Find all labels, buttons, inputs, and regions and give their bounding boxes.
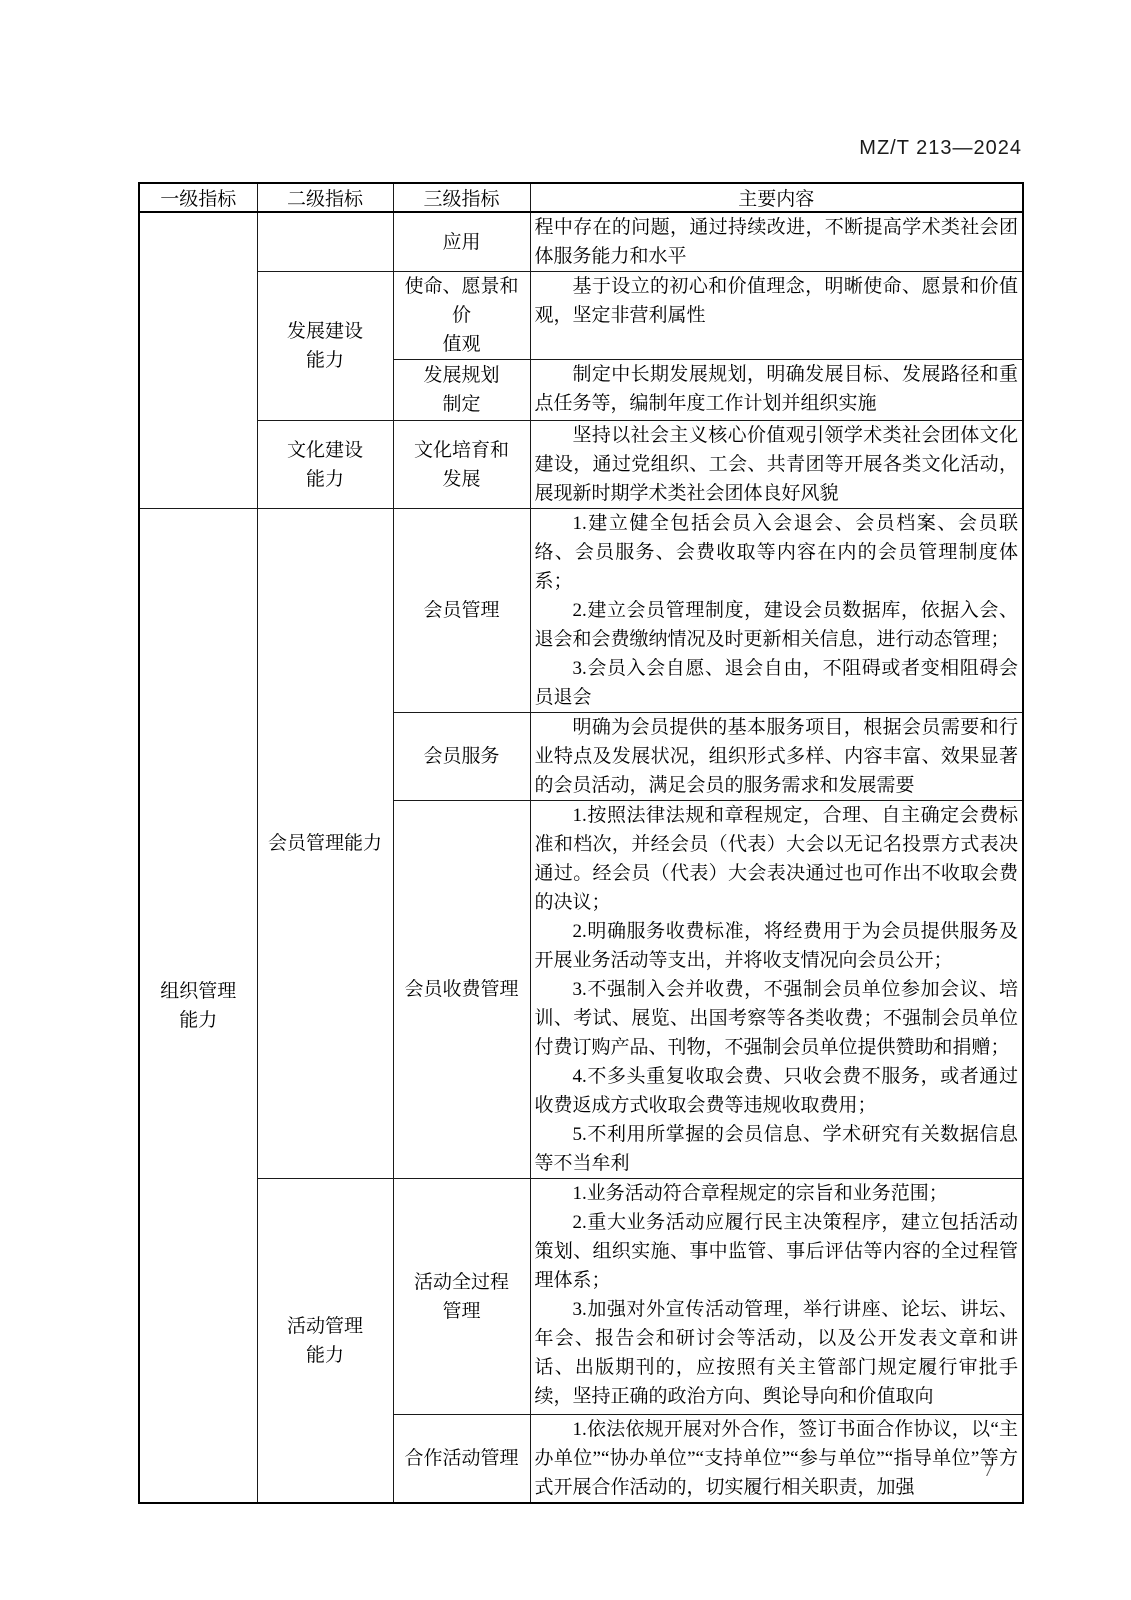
cell-level2: 活动管理 能力 [257, 1179, 393, 1504]
cell-content: 明确为会员提供的基本服务项目，根据会员需要和行业特点及发展状况，组织形式多样、内… [530, 713, 1023, 801]
cell-level3: 会员收费管理 [393, 801, 530, 1179]
cell-level3: 文化培育和 发展 [393, 421, 530, 509]
paragraph: 2.重大业务活动应履行民主决策程序，建立包括活动策划、组织实施、事中监管、事后评… [535, 1208, 1019, 1295]
cell-level3: 合作活动管理 [393, 1415, 530, 1504]
cell-content: 坚持以社会主义核心价值观引领学术类社会团体文化建设，通过党组织、工会、共青团等开… [530, 421, 1023, 509]
cell-level2: 会员管理能力 [257, 509, 393, 1179]
cell-content: 1.依法依规开展对外合作，签订书面合作协议，以“主办单位”“协办单位”“支持单位… [530, 1415, 1023, 1504]
paragraph: 1.业务活动符合章程规定的宗旨和业务范围； [535, 1179, 1019, 1208]
cell-level2: 发展建设 能力 [257, 272, 393, 421]
cell-level3: 应用 [393, 212, 530, 272]
cell-level1-continued [139, 212, 257, 509]
paragraph: 制定中长期发展规划，明确发展目标、发展路径和重点任务等，编制年度工作计划并组织实… [535, 360, 1019, 418]
cell-level3: 会员服务 [393, 713, 530, 801]
cell-content: 1.按照法律法规和章程规定，合理、自主确定会费标准和档次，并经会员（代表）大会以… [530, 801, 1023, 1179]
header-row: 一级指标 二级指标 三级指标 主要内容 [139, 183, 1023, 212]
paragraph: 1.按照法律法规和章程规定，合理、自主确定会费标准和档次，并经会员（代表）大会以… [535, 801, 1019, 917]
paragraph: 2.建立会员管理制度，建设会员数据库，依据入会、退会和会费缴纳情况及时更新相关信… [535, 596, 1019, 654]
paragraph: 3.会员入会自愿、退会自由，不阻碍或者变相阻碍会员退会 [535, 654, 1019, 712]
cell-content: 基于设立的初心和价值理念，明晰使命、愿景和价值观，坚定非营利属性 [530, 272, 1023, 360]
paragraph: 1.建立健全包括会员入会退会、会员档案、会员联络、会员服务、会费收取等内容在内的… [535, 509, 1019, 596]
cell-level3: 会员管理 [393, 509, 530, 713]
paragraph: 1.依法依规开展对外合作，签订书面合作协议，以“主办单位”“协办单位”“支持单位… [535, 1415, 1019, 1502]
cell-level3: 发展规划 制定 [393, 360, 530, 421]
paragraph: 程中存在的问题，通过持续改进，不断提高学术类社会团体服务能力和水平 [535, 213, 1019, 271]
table-row: 组织管理 能力 会员管理能力 会员管理 1.建立健全包括会员入会退会、会员档案、… [139, 509, 1023, 713]
standard-number: MZ/T 213—2024 [859, 137, 1022, 160]
cell-level2: 文化建设 能力 [257, 421, 393, 509]
cell-level2-continued [257, 212, 393, 272]
cell-level3: 使命、愿景和价 值观 [393, 272, 530, 360]
column-header-level2: 二级指标 [257, 183, 393, 212]
cell-content: 程中存在的问题，通过持续改进，不断提高学术类社会团体服务能力和水平 [530, 212, 1023, 272]
cell-level1: 组织管理 能力 [139, 509, 257, 1504]
cell-content: 1.建立健全包括会员入会退会、会员档案、会员联络、会员服务、会费收取等内容在内的… [530, 509, 1023, 713]
paragraph: 3.加强对外宣传活动管理，举行讲座、论坛、讲坛、年会、报告会和研讨会等活动，以及… [535, 1295, 1019, 1411]
cell-content: 制定中长期发展规划，明确发展目标、发展路径和重点任务等，编制年度工作计划并组织实… [530, 360, 1023, 421]
paragraph: 坚持以社会主义核心价值观引领学术类社会团体文化建设，通过党组织、工会、共青团等开… [535, 421, 1019, 508]
indicator-table: 一级指标 二级指标 三级指标 主要内容 应用 程中存在的问题，通过持续改进，不断… [138, 182, 1024, 1504]
column-header-content: 主要内容 [530, 183, 1023, 212]
paragraph: 基于设立的初心和价值理念，明晰使命、愿景和价值观，坚定非营利属性 [535, 272, 1019, 330]
paragraph: 明确为会员提供的基本服务项目，根据会员需要和行业特点及发展状况，组织形式多样、内… [535, 713, 1019, 800]
column-header-level3: 三级指标 [393, 183, 530, 212]
page-number: 7 [984, 1460, 993, 1481]
table-row: 发展建设 能力 使命、愿景和价 值观 基于设立的初心和价值理念，明晰使命、愿景和… [139, 272, 1023, 360]
cell-content: 1.业务活动符合章程规定的宗旨和业务范围；2.重大业务活动应履行民主决策程序，建… [530, 1179, 1023, 1415]
cell-level3: 活动全过程 管理 [393, 1179, 530, 1415]
paragraph: 3.不强制入会并收费，不强制会员单位参加会议、培训、考试、展览、出国考察等各类收… [535, 975, 1019, 1062]
table-row: 文化建设 能力 文化培育和 发展 坚持以社会主义核心价值观引领学术类社会团体文化… [139, 421, 1023, 509]
paragraph: 4.不多头重复收取会费、只收会费不服务，或者通过收费返成方式收取会费等违规收取费… [535, 1062, 1019, 1120]
table-row: 应用 程中存在的问题，通过持续改进，不断提高学术类社会团体服务能力和水平 [139, 212, 1023, 272]
column-header-level1: 一级指标 [139, 183, 257, 212]
paragraph: 2.明确服务收费标准，将经费用于为会员提供服务及开展业务活动等支出，并将收支情况… [535, 917, 1019, 975]
paragraph: 5.不利用所掌握的会员信息、学术研究有关数据信息等不当牟利 [535, 1120, 1019, 1178]
table-row: 活动管理 能力 活动全过程 管理 1.业务活动符合章程规定的宗旨和业务范围；2.… [139, 1179, 1023, 1415]
